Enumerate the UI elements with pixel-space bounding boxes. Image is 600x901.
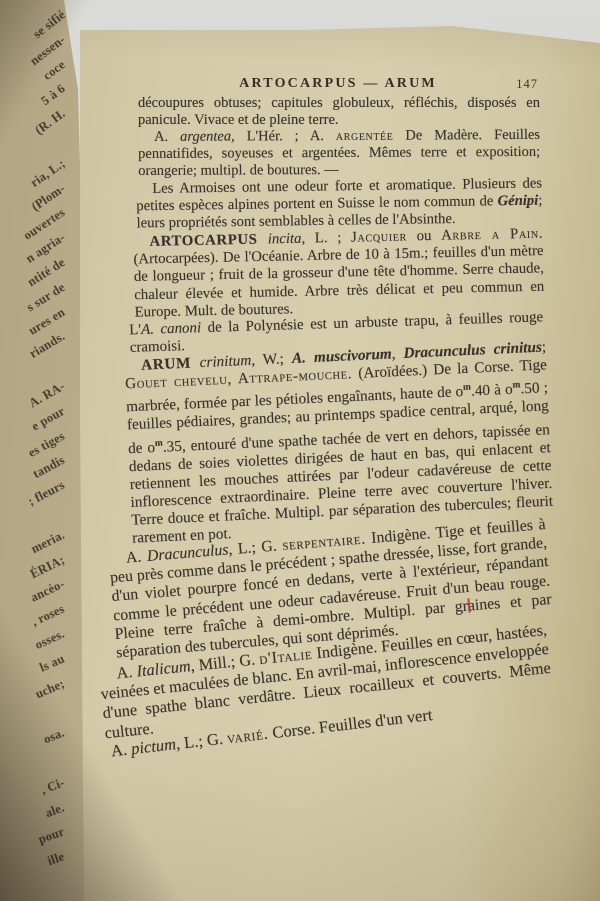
- text-segment: Les Armoises ont une odeur forte et arom…: [136, 175, 542, 214]
- text-segment: crinitum: [199, 352, 251, 371]
- text-segment: , W.;: [251, 350, 292, 369]
- text-segment: ;: [541, 339, 546, 356]
- text-segment: ou: [407, 227, 441, 244]
- paragraph: ARTOCARPUS incita, L. ; Jacquier ou Arbr…: [133, 225, 545, 321]
- page-number: 147: [516, 77, 538, 92]
- paragraph: découpures obtuses; capitules globuleux,…: [138, 95, 540, 129]
- text-segment: , L'Hér. ; A.: [231, 128, 336, 145]
- text-segment: Génipi: [497, 193, 538, 210]
- running-header: ARTOCARPUS — ARUM 147: [138, 76, 538, 94]
- text-segment: ARTOCARPUS: [149, 231, 268, 250]
- text-segment: Arbre a Pain.: [441, 225, 543, 243]
- text-segment: ARUM: [141, 355, 200, 374]
- book-photo: se sifiénessen-coce5 à 6(R. H.ria, L.;(P…: [0, 0, 600, 901]
- text-segment: ,: [391, 345, 404, 362]
- text-segment: incita: [268, 230, 302, 247]
- page-text: découpures obtuses; capitules globuleux,…: [138, 95, 540, 762]
- text-segment: , L. ;: [301, 229, 351, 246]
- text-segment: argentée: [336, 128, 394, 144]
- text-segment: .40 à o: [471, 382, 513, 401]
- text-segment: varié.: [226, 725, 269, 748]
- paragraph: A. argentea, L'Hér. ; A. argentée De Mad…: [138, 127, 540, 181]
- paragraph: Les Armoises ont une odeur forte et arom…: [136, 175, 543, 233]
- text-segment: découpures obtuses; capitules globuleux,…: [138, 95, 540, 128]
- text-segment: Jacquier: [351, 228, 407, 245]
- paragraph: ARUM crinitum, W.; A. muscivorum, Dracun…: [124, 339, 554, 549]
- page-title: ARTOCARPUS — ARUM: [138, 76, 538, 92]
- book-page: ARTOCARPUS — ARUM 147 découpures obtuses…: [0, 0, 600, 901]
- text-segment: A.: [110, 740, 132, 760]
- text-segment: pictum: [130, 735, 177, 758]
- text-segment: A. canoni: [141, 319, 202, 337]
- text-segment: A.: [154, 129, 180, 145]
- text-segment: A.: [125, 548, 147, 567]
- text-segment: (Artocarpées). De l'Océanie. Arbre de 10…: [133, 243, 544, 321]
- text-segment: A.: [116, 663, 138, 683]
- fragment-line: osa.: [2, 726, 67, 764]
- text-segment: argentea: [180, 129, 231, 145]
- text-segment: , L.; G.: [228, 537, 283, 559]
